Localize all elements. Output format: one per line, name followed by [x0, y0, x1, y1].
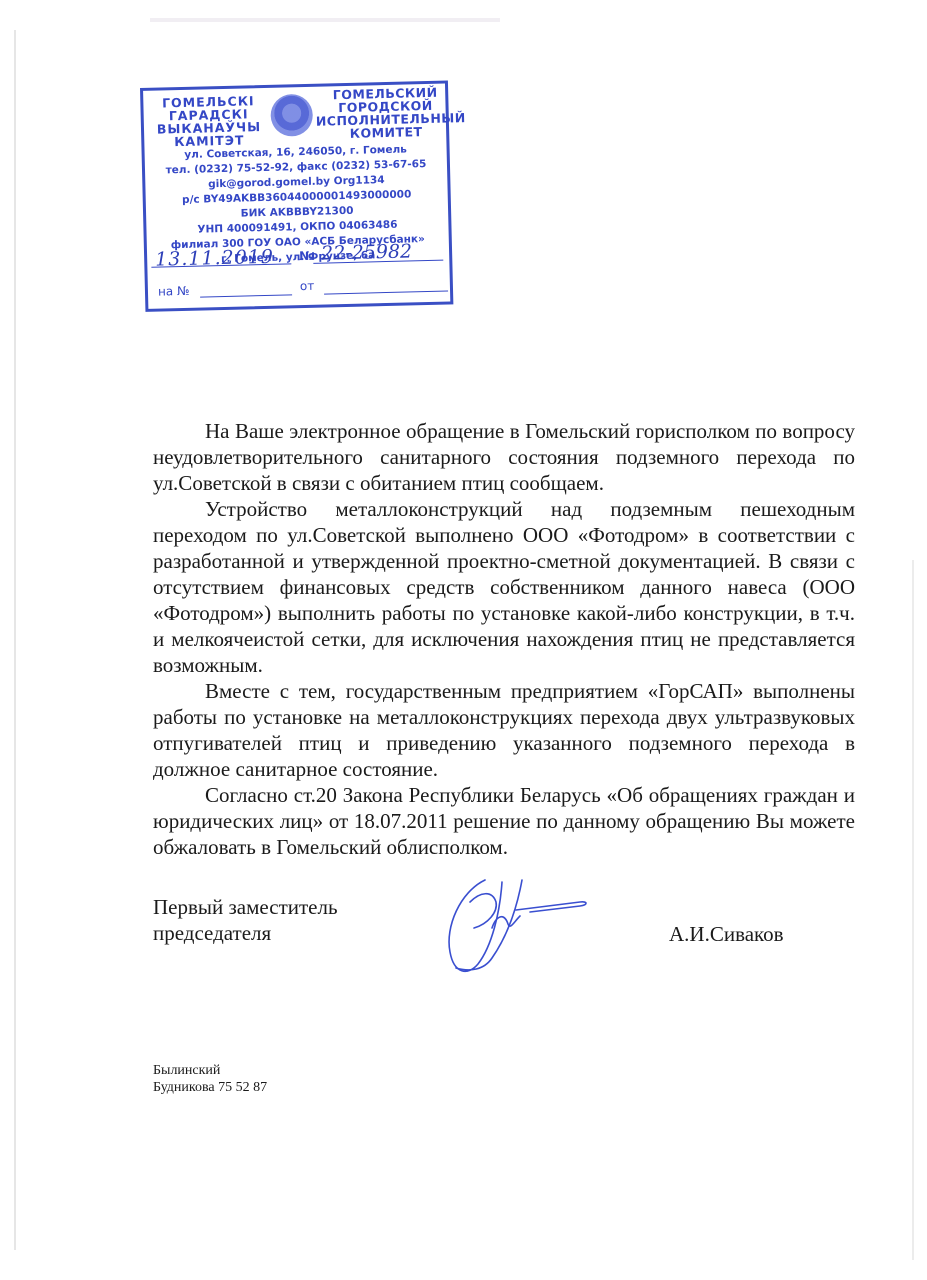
signatory-title: Первый заместитель председателя [153, 894, 338, 946]
handwritten-signature-icon [430, 872, 600, 982]
signatory-name: А.И.Сиваков [669, 922, 784, 947]
stamp-underline [324, 291, 448, 295]
letter-paragraph: Вместе с тем, государственным предприяти… [153, 678, 855, 782]
letter-paragraph: Согласно ст.20 Закона Республики Беларус… [153, 782, 855, 860]
scan-smudge [150, 18, 500, 22]
reference-number-label: на № [158, 284, 190, 299]
stamp-name-russian: ГОМЕЛЬСКИЙ ГОРОДСКОЙ ИСПОЛНИТЕЛЬНЫЙ КОМИ… [315, 85, 456, 140]
scan-edge-left [14, 30, 16, 1250]
stamp-name-belarusian: ГОМЕЛЬСКІ ГАРАДСКІ ВЫКАНАЎЧЫ КАМІТЭТ [153, 94, 264, 149]
registration-number-label: № [299, 249, 314, 263]
stamp-reference-row: на № от [158, 278, 448, 301]
document-page: ГОМЕЛЬСКІ ГАРАДСКІ ВЫКАНАЎЧЫ КАМІТЭТ ГОМ… [0, 0, 927, 1280]
letter-paragraph: На Ваше электронное обращение в Гомельск… [153, 418, 855, 496]
executor-info: Былинский Будникова 75 52 87 [153, 1062, 267, 1096]
letter-body: На Ваше электронное обращение в Гомельск… [153, 418, 855, 860]
stamp-underline [200, 294, 292, 297]
executor-contact: Будникова 75 52 87 [153, 1079, 267, 1096]
signatory-title-line: председателя [153, 920, 338, 946]
letter-paragraph: Устройство металлоконструкций над подзем… [153, 496, 855, 678]
signatory-title-line: Первый заместитель [153, 894, 338, 920]
scan-edge-right [912, 560, 914, 1260]
reference-from-label: от [300, 279, 315, 293]
registration-stamp: ГОМЕЛЬСКІ ГАРАДСКІ ВЫКАНАЎЧЫ КАМІТЭТ ГОМ… [140, 80, 453, 311]
executor-name: Былинский [153, 1062, 267, 1079]
coat-of-arms-icon [270, 94, 313, 137]
